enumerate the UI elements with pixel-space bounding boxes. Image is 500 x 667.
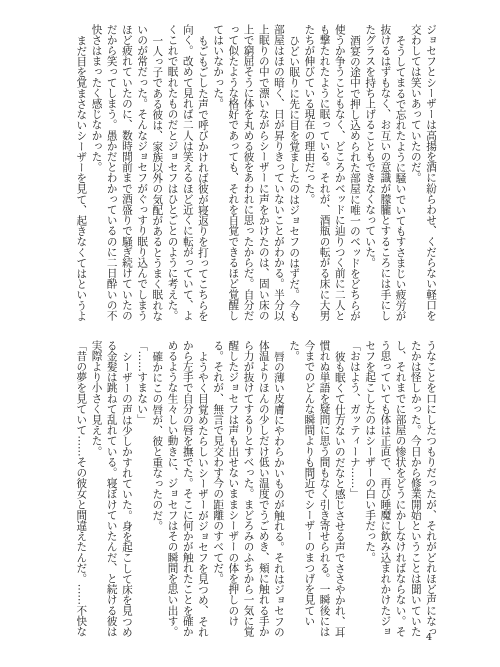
paragraph: 彼も眠くて仕方ないのだなと感じさせる声でささやかれ、耳慣れぬ単語を疑問に思う間も… xyxy=(286,340,347,642)
paragraph: 酒宴の途中で押し込められた部屋に唯一のベッドをどちらが使うか争うこともなく、どこ… xyxy=(301,24,362,326)
paragraph: 唇の薄い皮膚にやわらかいものが触れる。それはジョセフの体温よりほんの少しだけ低い… xyxy=(210,340,286,642)
paragraph: 「おはよう、ガッティーナ……」 xyxy=(347,340,362,642)
page-number: 4 xyxy=(426,632,432,643)
paragraph: まだ目を覚まさないシーザーを見て、起きなくてはというよ xyxy=(73,24,88,326)
paragraph: 「……すまない」 xyxy=(134,340,149,642)
paragraph: うなことを口にしたつもりだったが、それがどれほど声になったかは怪しかった。今日か… xyxy=(362,340,438,642)
paragraph: ようやく目覚めたらしいシーザーがジョセフを見つめ、それから左手で自分の唇を撫でた… xyxy=(164,340,210,642)
novel-page: ジョセフとシーザーは高揚を酒に紛らわせ、くだらない軽口を交わしては笑いあっていた… xyxy=(0,0,500,667)
paragraph: 確かにこの唇が、彼と重なったのだ。 xyxy=(149,340,164,642)
paragraph: もごもごした声で呼びかければ彼が寝返りを打ってこちらを向く。改めて見れば二人は笑… xyxy=(164,24,210,326)
text-tier-lower: うなことを口にしたつもりだったが、それがどれほど声になったかは怪しかった。今日か… xyxy=(72,340,438,642)
paragraph: シーザーの声は少しかすれていた。身を起こして床を見つめる金髪は跳ねて乱れている。… xyxy=(88,340,134,642)
paragraph: ジョセフとシーザーは高揚を酒に紛らわせ、くだらない軽口を交わしては笑いあっていた… xyxy=(408,24,438,326)
paragraph: 一人っ子である彼は、家族以外の気配があるとうまく眠れないのが常だった。そんなジョ… xyxy=(88,24,164,326)
paragraph: ひどい眠りに先に目を覚ましたのはジョセフのはずだ。今も部屋はほの暗く、日が昇りき… xyxy=(210,24,301,326)
paragraph: そうしてまるで忘れたように騒いでいてもすさまじい疲労が抜けるはずもなく、お互いの… xyxy=(362,24,408,326)
paragraph: 「昔の夢を見ていて……その彼女と間違えたんだ。……不快な思いをさせてすまない」 xyxy=(72,340,88,642)
text-tier-upper: ジョセフとシーザーは高揚を酒に紛らわせ、くだらない軽口を交わしては笑いあっていた… xyxy=(72,24,438,326)
